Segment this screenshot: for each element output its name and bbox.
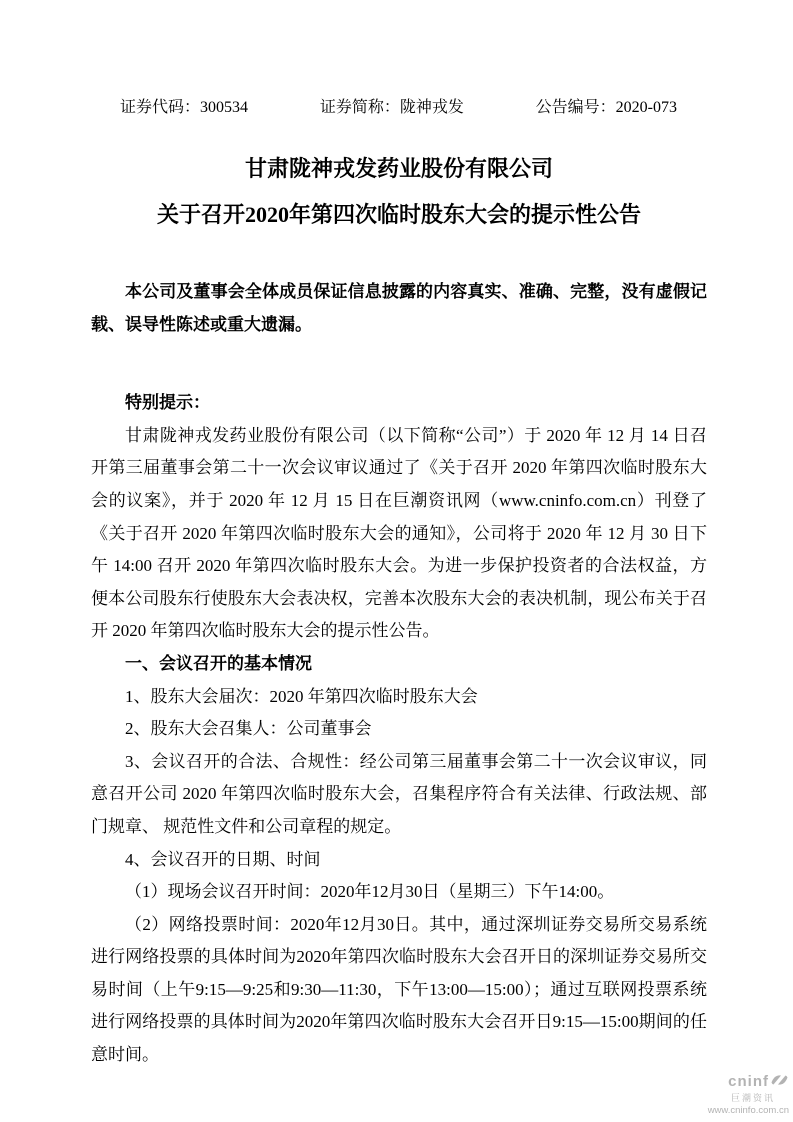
- list-item-date-time: 4、会议召开的日期、时间: [91, 844, 707, 877]
- stock-name: 证券简称：陇神戎发: [320, 97, 464, 119]
- special-notice-body: 甘肃陇神戎发药业股份有限公司（以下简称“公司”）于 2020 年 12 月 14…: [91, 420, 707, 648]
- cninfo-brand-text: cninf: [728, 1074, 769, 1091]
- special-notice-label: 特别提示：: [91, 387, 707, 420]
- list-item-onsite-time: （1）现场会议召开时间：2020年12月30日（星期三）下午14:00。: [91, 876, 707, 909]
- declaration-paragraph: 本公司及董事会全体成员保证信息披露的内容真实、准确、完整，没有虚假记载、误导性陈…: [91, 276, 707, 341]
- cninfo-url: www.cninfo.com.cn: [708, 1106, 789, 1116]
- section-1-heading: 一、会议召开的基本情况: [91, 648, 707, 681]
- list-item-legality: 3、会议召开的合法、合规性：经公司第三届董事会第二十一次会议审议，同意召开公司 …: [91, 746, 707, 844]
- list-item-convener: 2、股东大会召集人：公司董事会: [91, 713, 707, 746]
- doc-header: 证券代码：300534 证券简称：陇神戎发 公告编号：2020-073: [91, 97, 707, 119]
- cninfo-wave-icon: [770, 1072, 789, 1093]
- cninfo-chinese-name: 巨潮资讯: [708, 1094, 775, 1104]
- list-item-online-voting-time: （2）网络投票时间：2020年12月30日。其中，通过深圳证券交易所交易系统进行…: [91, 909, 707, 1072]
- cninfo-brand-row: cninf: [708, 1072, 789, 1093]
- document-page: 证券代码：300534 证券简称：陇神戎发 公告编号：2020-073 甘肃陇神…: [0, 0, 793, 1122]
- announcement-number: 公告编号：2020-073: [536, 97, 677, 119]
- cninfo-watermark: cninf 巨潮资讯 www.cninfo.com.cn: [708, 1072, 789, 1116]
- list-item-meeting-session: 1、股东大会届次：2020 年第四次临时股东大会: [91, 681, 707, 714]
- announcement-title: 关于召开2020年第四次临时股东大会的提示性公告: [91, 202, 707, 228]
- company-title: 甘肃陇神戎发药业股份有限公司: [91, 156, 707, 182]
- stock-code: 证券代码：300534: [120, 97, 248, 119]
